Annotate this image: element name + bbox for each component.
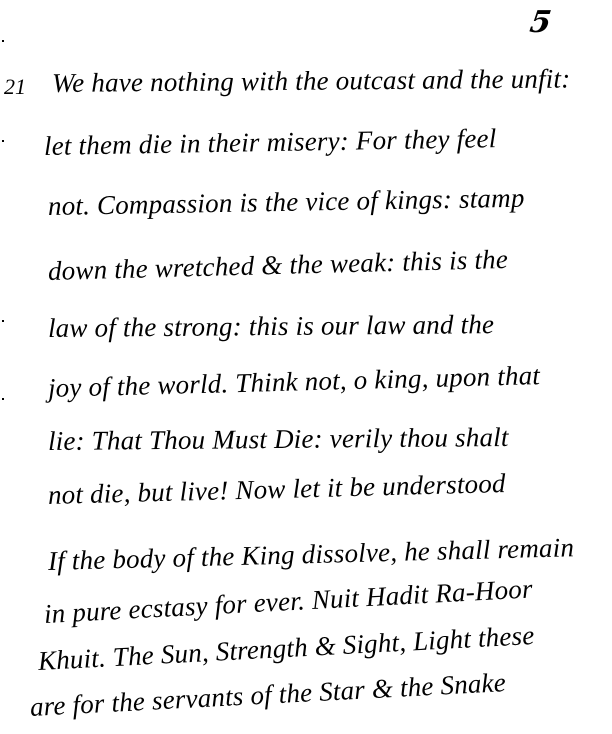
margin-mark [2, 140, 4, 142]
manuscript-line: If the body of the King dissolve, he sha… [48, 534, 575, 575]
manuscript-line: down the wretched & the weak: this is th… [48, 246, 509, 285]
manuscript-line: Khuit. The Sun, Strength & Sight, Light … [37, 622, 535, 675]
manuscript-line: We have nothing with the outcast and the… [52, 65, 571, 97]
margin-mark [2, 398, 4, 400]
manuscript-line: not. Compassion is the vice of kings: st… [48, 185, 525, 220]
manuscript-line: not die, but live! Now let it be underst… [48, 470, 506, 509]
margin-mark [2, 40, 4, 42]
manuscript-line: in pure ecstasy for ever. Nuit Hadit Ra-… [43, 575, 533, 628]
manuscript-line: let them die in their misery: For they f… [44, 125, 497, 160]
manuscript-line: lie: That Thou Must Die: verily thou sha… [48, 424, 509, 455]
manuscript-line: law of the strong: this is our law and t… [48, 311, 494, 342]
page-number: 5 [528, 8, 553, 38]
margin-mark [2, 320, 4, 322]
manuscript-page: 5 21 We have nothing with the outcast an… [0, 0, 612, 734]
manuscript-line: are for the servants of the Star & the S… [29, 669, 506, 721]
verse-number: 21 [4, 74, 26, 100]
manuscript-line: joy of the world. Think not, o king, upo… [48, 362, 541, 402]
